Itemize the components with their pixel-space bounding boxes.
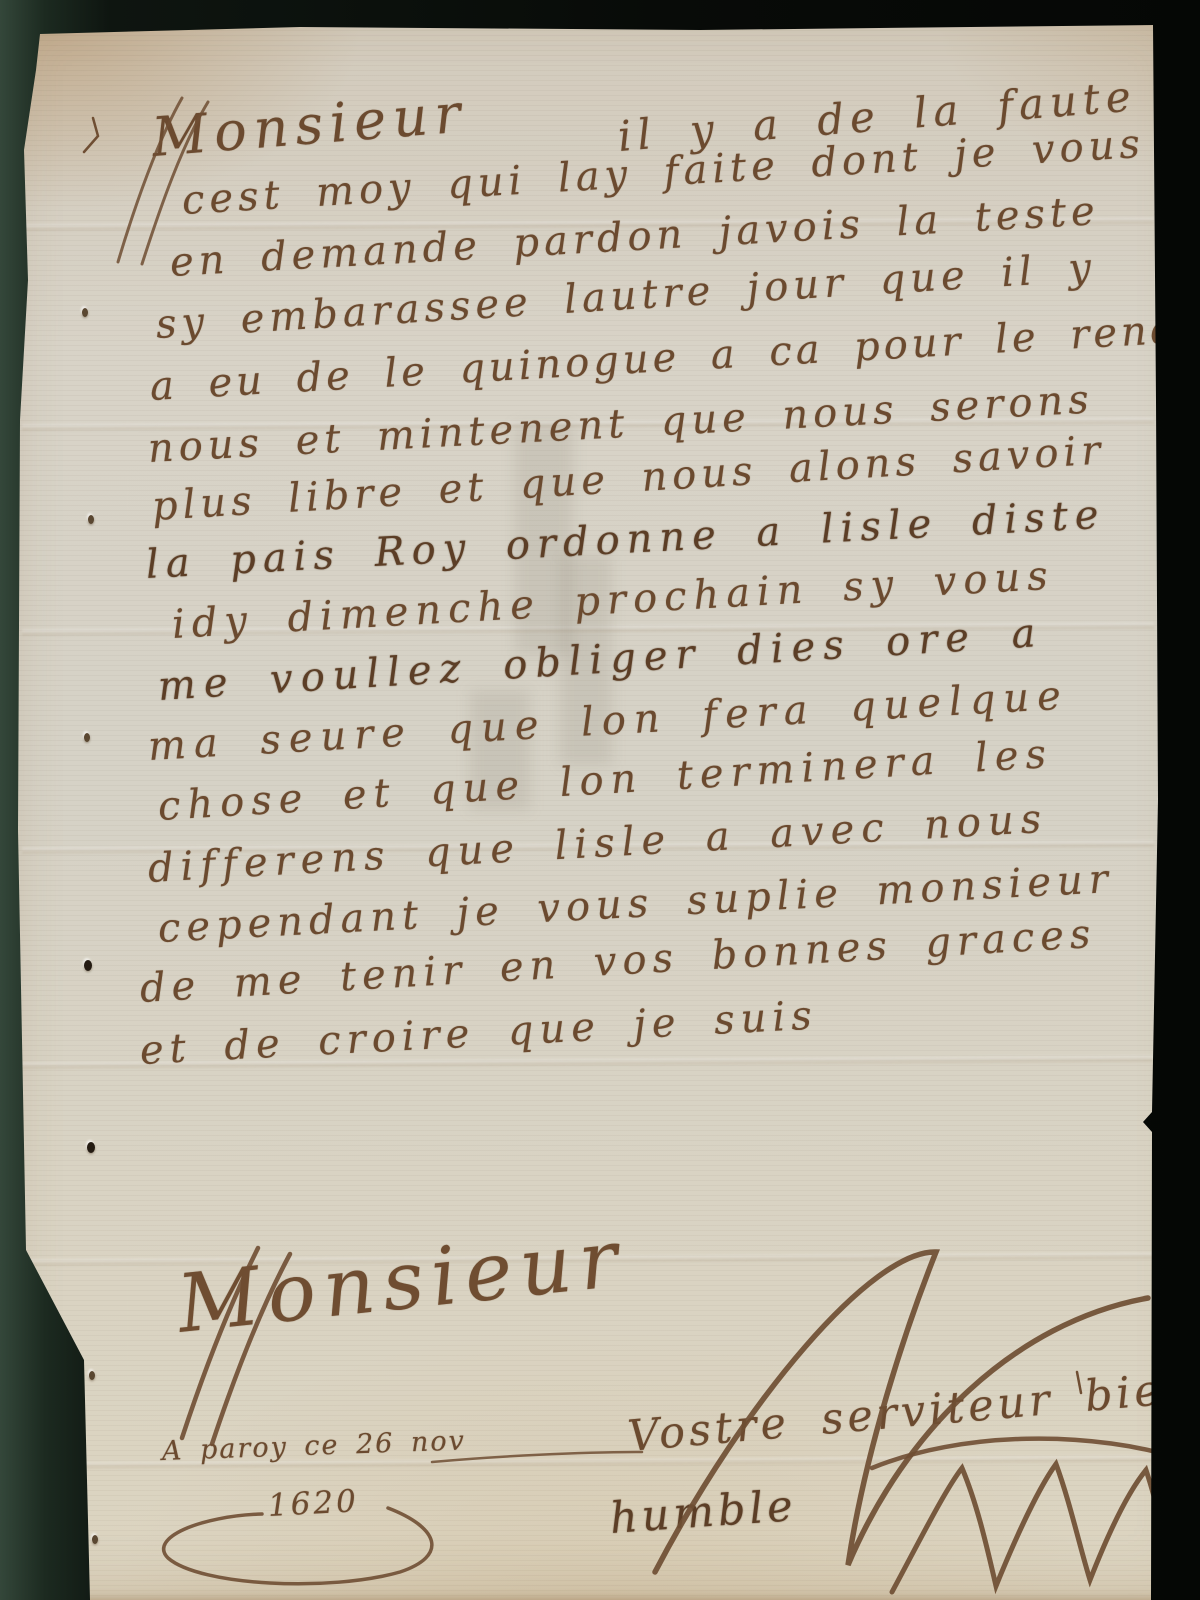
signature-flourish [1178, 1556, 1191, 1584]
pin-hole [88, 515, 94, 524]
pin-hole [87, 1142, 95, 1153]
pin-hole [84, 960, 92, 971]
pin-hole [89, 1371, 95, 1380]
year: 1620 [267, 1483, 360, 1524]
letter-paper: Monsieur il y a de la faute cest moy qui… [0, 0, 1200, 1600]
photo-background: Monsieur il y a de la faute cest moy qui… [0, 0, 1200, 1600]
pin-hole [92, 1535, 98, 1544]
pin-hole [82, 308, 88, 317]
pin-hole [84, 733, 90, 742]
